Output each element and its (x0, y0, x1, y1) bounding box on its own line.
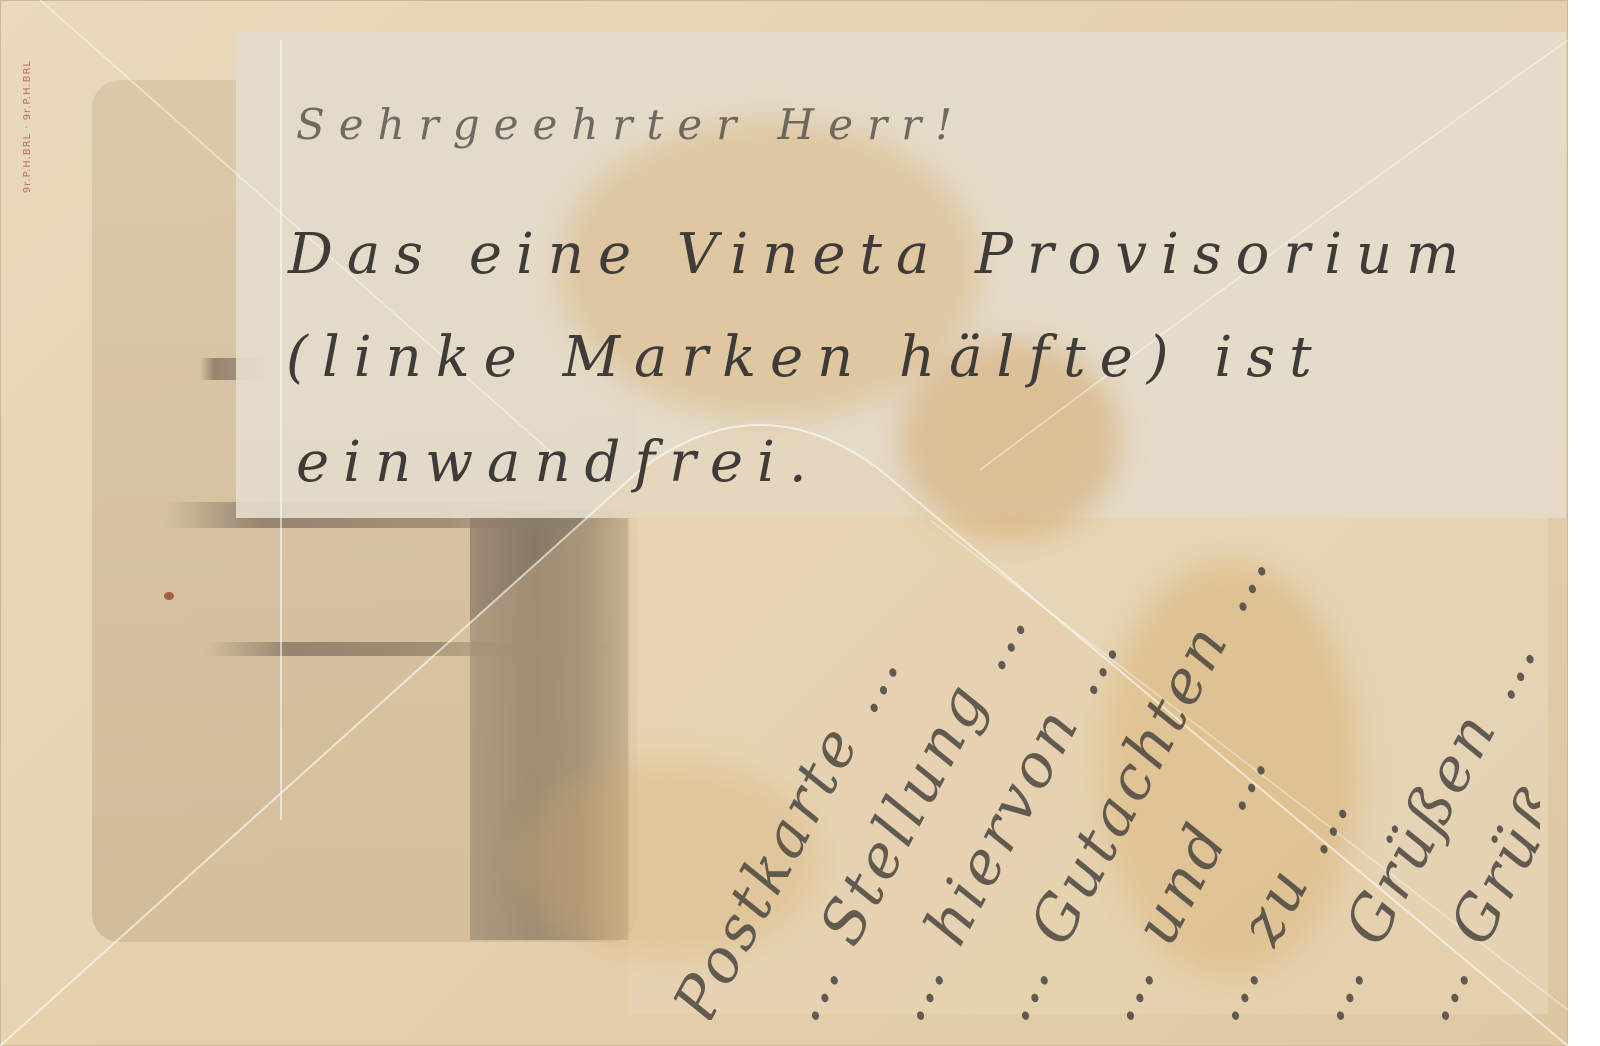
letter-line: (linke Marken hälfte) ist (286, 325, 1326, 390)
vertical-handwriting: Postkarte … … Stellung … … hiervon … … G… (640, 520, 1540, 1020)
ink-spot (164, 592, 174, 600)
photograph-stripe (205, 642, 625, 656)
letter-line: einwandfrei. (296, 430, 821, 495)
fold-line (280, 40, 282, 820)
letter-line-salutation: Sehrgeehrter Herr! (296, 100, 966, 149)
letter-line: Das eine Vineta Provisorium (288, 222, 1473, 287)
printer-mark: 9r.P.H.BRL · 9r.P.H.BRL (22, 60, 33, 193)
envelope: 9r.P.H.BRL · 9r.P.H.BRL Sehrgeehrter Her… (0, 0, 1568, 1046)
